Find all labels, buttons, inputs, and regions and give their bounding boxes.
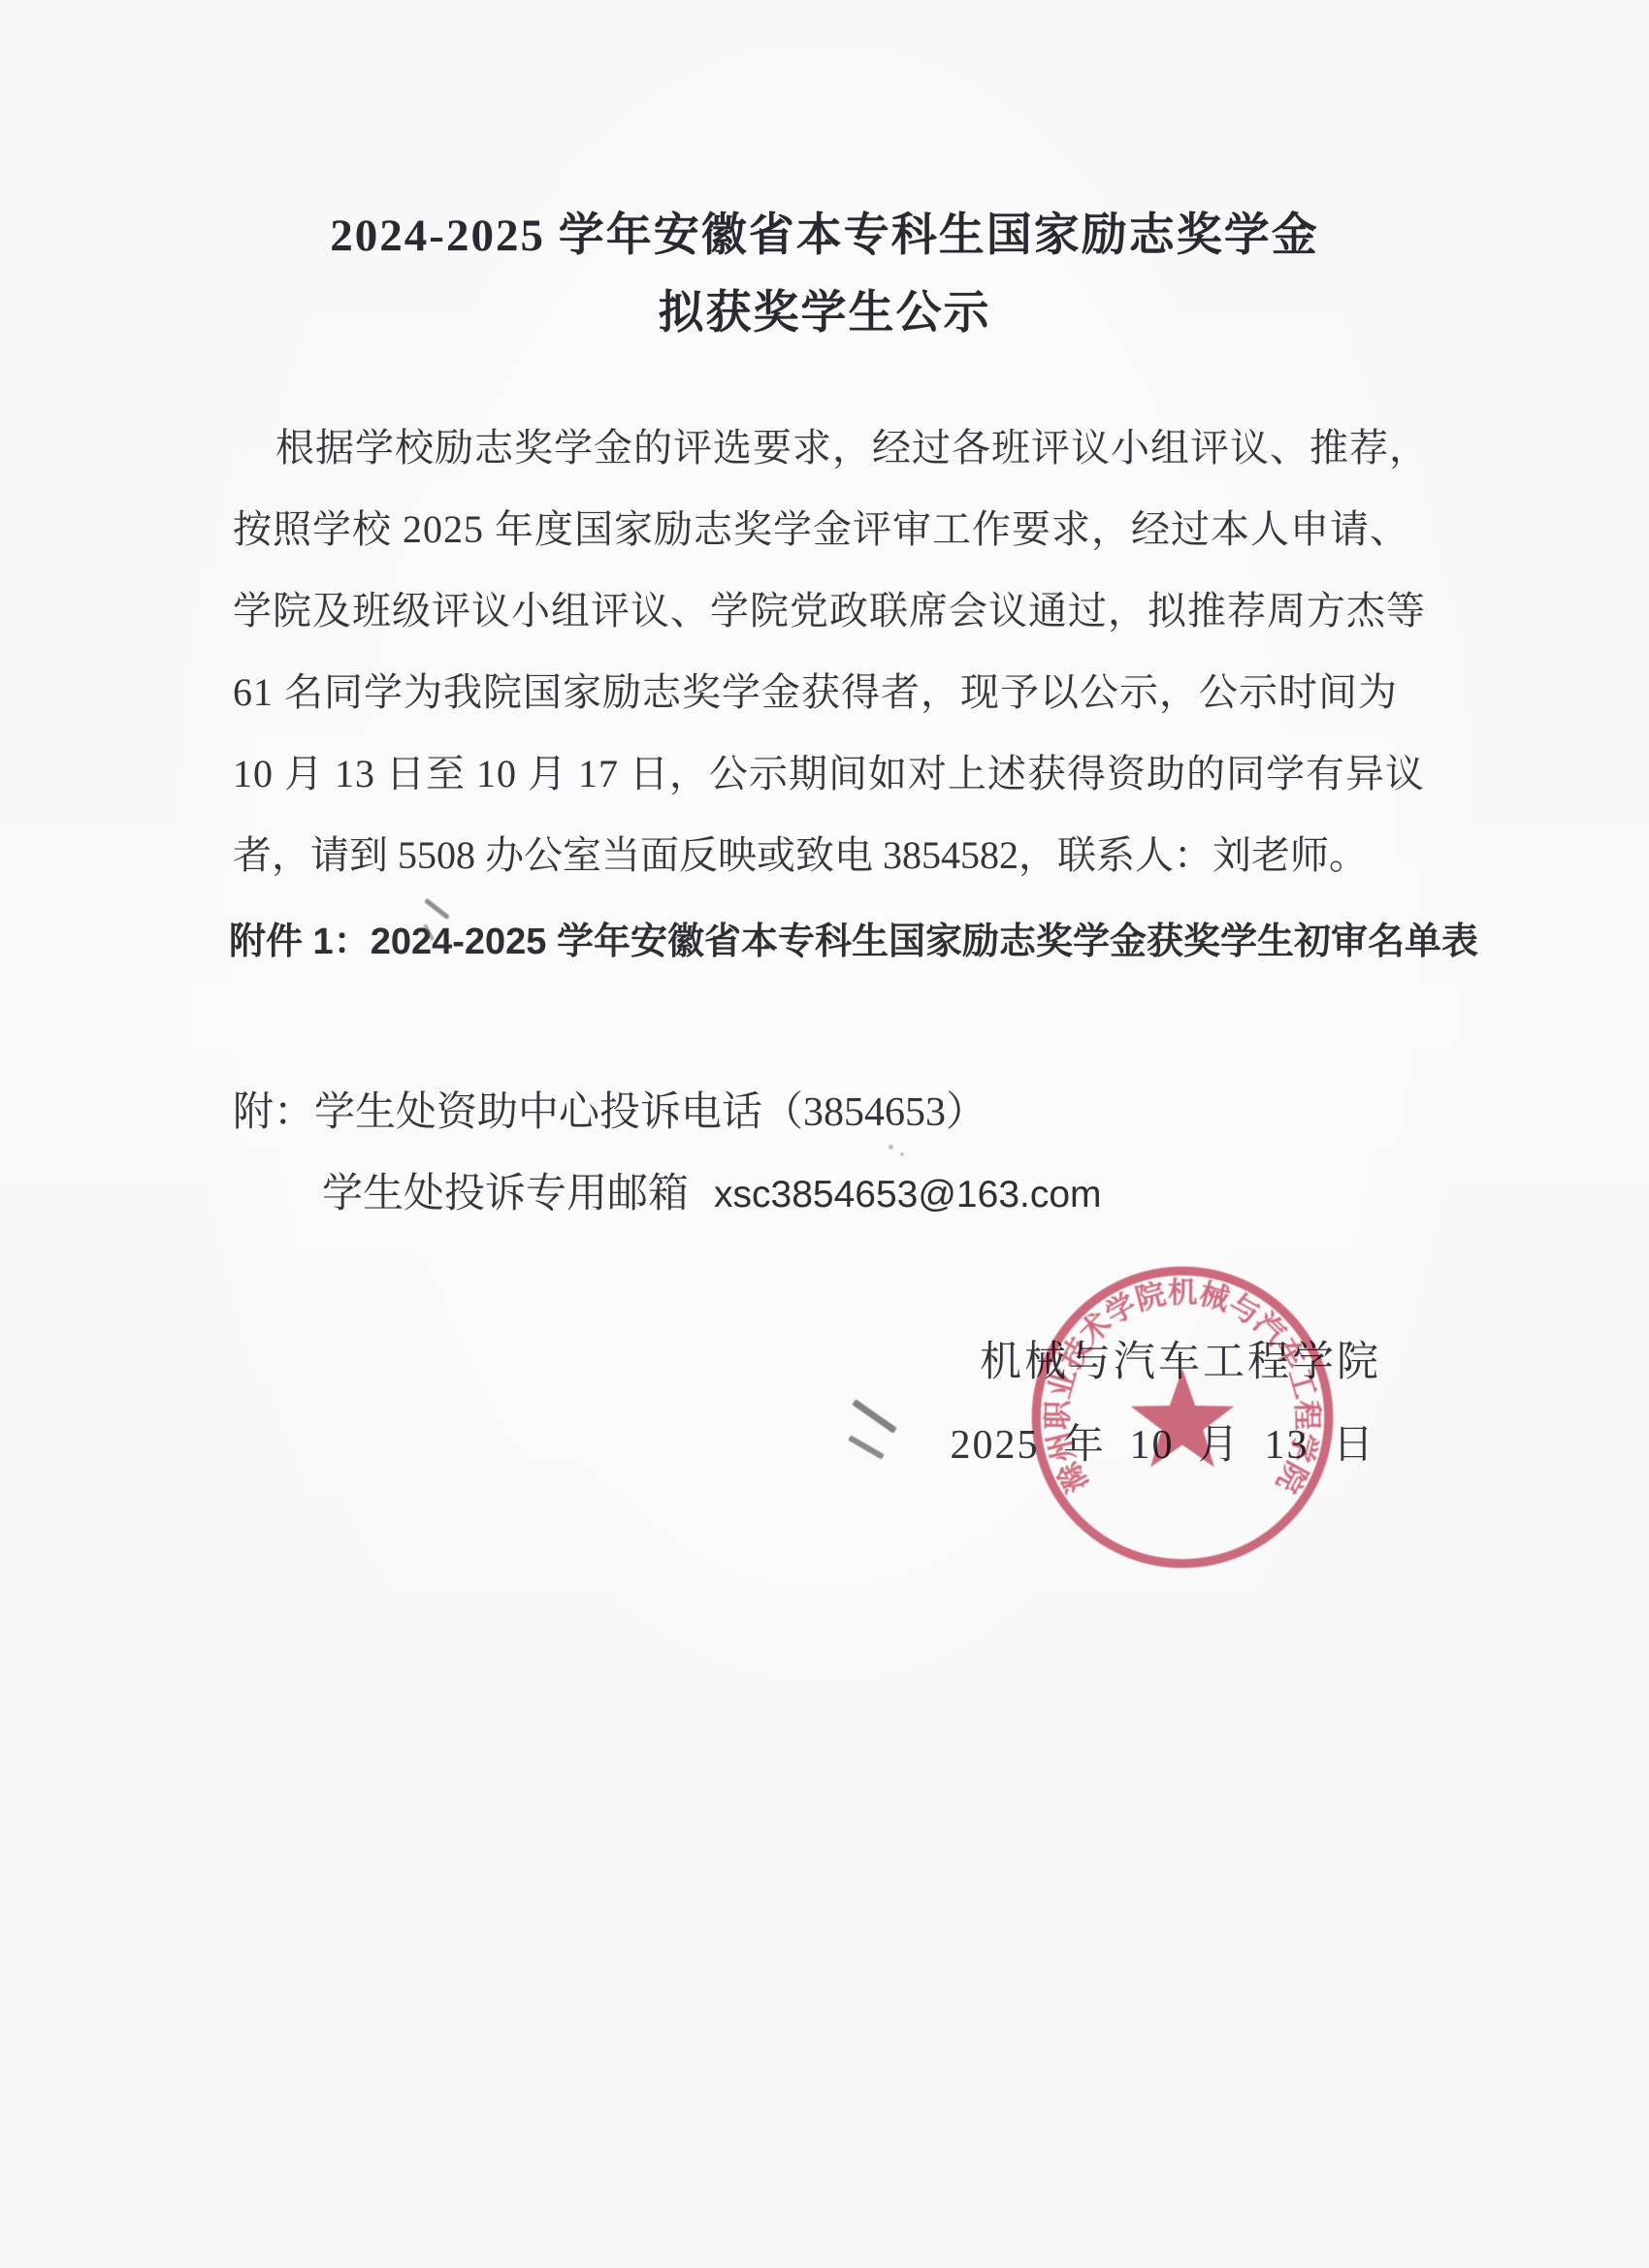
- mailbox-label: 学生处投诉专用邮箱: [322, 1172, 689, 1216]
- pencil-smudge: [852, 1399, 897, 1434]
- document-title-line-2: 拟获奖学生公示: [0, 275, 1649, 352]
- body-paragraph: 根据学校励志奖学金的评选要求，经过各班评议小组评议、推荐， 按照学校 2025 …: [233, 407, 1377, 896]
- body-line: 学院及班级评议小组评议、学院党政联席会议通过，拟推荐周方杰等: [233, 570, 1377, 652]
- document-title-line-1: 2024-2025 学年安徽省本专科生国家励志奖学金: [0, 197, 1649, 275]
- complaint-phone-note: 附：学生处资助中心投诉电话（3854653）: [233, 1086, 986, 1139]
- body-line: 61 名同学为我院国家励志奖学金获得者，现予以公示，公示时间为: [233, 652, 1377, 733]
- mailbox-email: xsc3854653@163.com: [714, 1174, 1102, 1215]
- official-seal: 滁州职业技术学院机械与汽车工程学院: [1024, 1259, 1341, 1575]
- attachment-note: 附件 1：2024-2025 学年安徽省本专科生国家励志奖学金获奖学生初审名单表: [229, 918, 1478, 966]
- scan-speck: [900, 1152, 904, 1156]
- scan-speck: [889, 1145, 893, 1150]
- body-line: 按照学校 2025 年度国家励志奖学金评审工作要求，经过本人申请、: [233, 489, 1377, 570]
- star-icon: [1131, 1369, 1235, 1467]
- scanned-document-page: 2024-2025 学年安徽省本专科生国家励志奖学金 拟获奖学生公示 根据学校励…: [0, 0, 1649, 2268]
- complaint-mailbox-note: 学生处投诉专用邮箱xsc3854653@163.com: [322, 1168, 1102, 1221]
- document-title: 2024-2025 学年安徽省本专科生国家励志奖学金 拟获奖学生公示: [0, 197, 1649, 352]
- scan-smudge: [424, 898, 450, 920]
- body-line: 10 月 13 日至 10 月 17 日，公示期间如对上述获得资助的同学有异议: [233, 733, 1377, 815]
- body-line: 根据学校励志奖学金的评选要求，经过各班评议小组评议、推荐，: [233, 407, 1377, 489]
- body-line: 者，请到 5508 办公室当面反映或致电 3854582，联系人：刘老师。: [233, 815, 1377, 896]
- pencil-smudge: [848, 1435, 885, 1459]
